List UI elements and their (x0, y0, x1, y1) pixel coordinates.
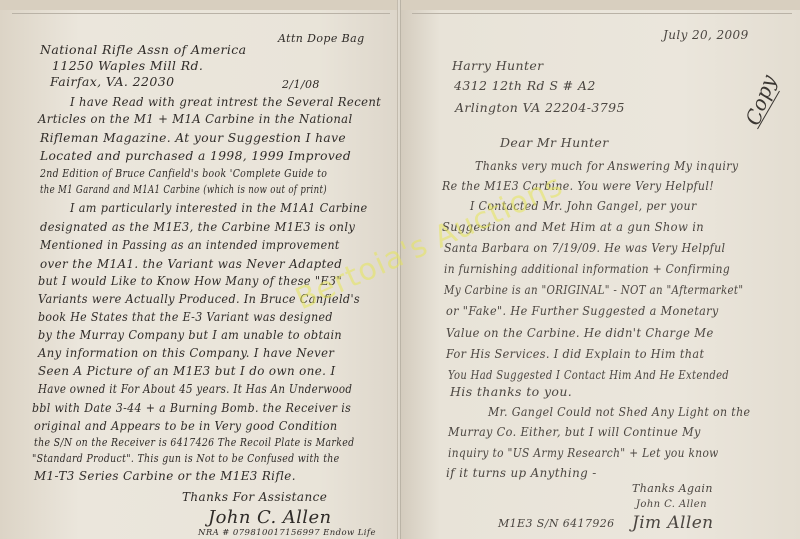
body-line: inquiry to "US Army Research" + Let you … (448, 445, 719, 460)
body-line: Have owned it For About 45 years. It Has… (38, 381, 352, 396)
body-line: My Carbine is an "ORIGINAL" - NOT an "Af… (444, 282, 743, 297)
signature: Jim Allen (632, 513, 714, 533)
body-line: I am particularly interested in the M1A1… (70, 200, 368, 215)
body-line: 2nd Edition of Bruce Canfield's book 'Co… (40, 167, 327, 180)
right-letter-page: July 20, 2009 Harry Hunter 4312 12th Rd … (400, 0, 800, 539)
body-line: For His Services. I did Explain to Him t… (446, 346, 704, 361)
closing: Thanks For Assistance (182, 490, 327, 504)
closing-line-1: Thanks Again (632, 482, 713, 495)
body-line: Mentioned in Passing as an intended impr… (40, 237, 340, 252)
body-line: You Had Suggested I Contact Him And He E… (448, 367, 729, 382)
recipient-line-2: 11250 Waples Mill Rd. (52, 58, 203, 73)
recipient-line-2: 4312 12th Rd S # A2 (454, 78, 596, 93)
recipient-line-3: Arlington VA 22204-3795 (455, 100, 625, 115)
member-number: NRA # 079810017156997 Endow Life (198, 528, 376, 538)
body-line: book He States that the E-3 Variant was … (38, 309, 333, 324)
body-line: original and Appears to be in Very good … (34, 418, 338, 433)
letter-date: 2/1/08 (282, 78, 320, 91)
body-line: Any information on this Company. I have … (38, 345, 334, 360)
body-line: Santa Barbara on 7/19/09. He was Very He… (444, 240, 725, 255)
page-top-edge (400, 0, 800, 10)
body-line: Value on the Carbine. He didn't Charge M… (446, 325, 714, 340)
body-line: Located and purchased a 1998, 1999 Impro… (40, 148, 351, 163)
body-line: or "Fake". He Further Suggested a Moneta… (446, 303, 719, 318)
body-line: His thanks to you. (450, 384, 572, 399)
recipient-line-3: Fairfax, VA. 22030 (50, 74, 174, 89)
page-top-edge (0, 0, 398, 10)
serial-note: M1E3 S/N 6417926 (498, 517, 615, 530)
body-line: over the M1A1. the Variant was Never Ada… (40, 256, 342, 271)
closing-line-2: John C. Allen (636, 499, 707, 510)
body-line: designated as the M1E3, the Carbine M1E3… (40, 219, 355, 234)
body-line: M1-T3 Series Carbine or the M1E3 Rifle. (34, 468, 296, 483)
body-line: bbl with Date 3-44 + a Burning Bomb. the… (32, 400, 351, 415)
recipient-line-1: Harry Hunter (452, 58, 544, 73)
header-rule (12, 13, 390, 14)
attn-note: Attn Dope Bag (278, 32, 365, 45)
body-line: Seen A Picture of an M1E3 but I do own o… (38, 363, 336, 378)
body-line: Thanks very much for Answering My inquir… (475, 158, 738, 173)
body-line: in furnishing additional information + C… (444, 261, 730, 276)
body-line: Re the M1E3 Carbine. You were Very Helpf… (442, 178, 714, 193)
signature: John C. Allen (208, 507, 332, 528)
body-line: the S/N on the Receiver is 6417426 The R… (34, 436, 354, 449)
salutation: Dear Mr Hunter (500, 135, 609, 150)
header-rule (412, 13, 792, 14)
body-line: Murray Co. Either, but I will Continue M… (448, 424, 701, 439)
body-line: I have Read with great intrest the Sever… (70, 94, 381, 109)
recipient-line-1: National Rifle Assn of America (40, 42, 247, 57)
body-line: "Standard Product". This gun is Not to b… (32, 452, 340, 465)
body-line: the M1 Garand and M1A1 Carbine (which is… (40, 183, 327, 196)
body-line: Rifleman Magazine. At your Suggestion I … (40, 130, 346, 145)
body-line: if it turns up Anything - (446, 465, 597, 480)
body-line: Articles on the M1 + M1A Carbine in the … (38, 111, 353, 126)
letter-date: July 20, 2009 (663, 28, 749, 42)
body-line: Mr. Gangel Could not Shed Any Light on t… (488, 404, 750, 419)
body-line: by the Murray Company but I am unable to… (38, 327, 342, 342)
